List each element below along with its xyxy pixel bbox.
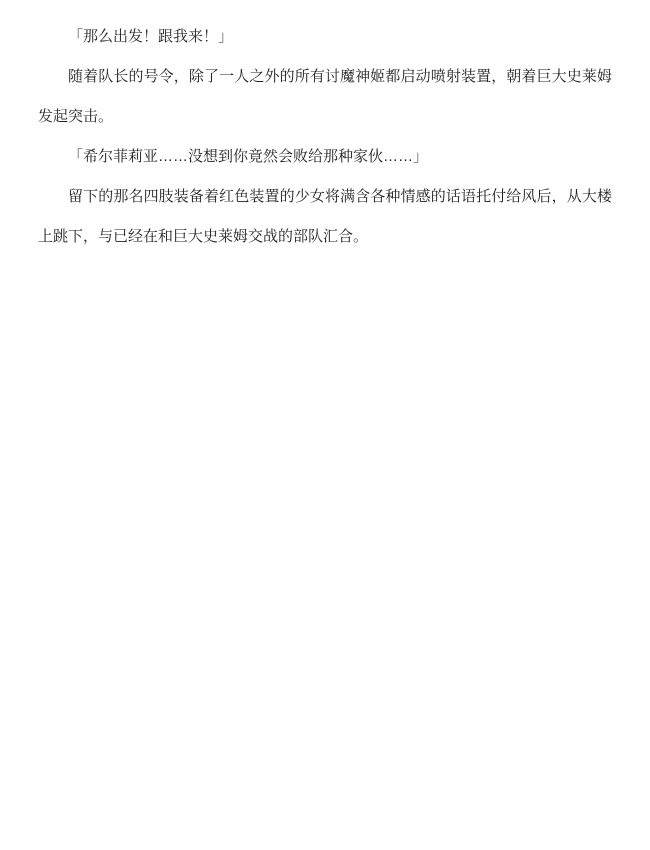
paragraph-narration-2: 留下的那名四肢装备着红色装置的少女将满含各种情感的话语托付给风后，从大楼上跳下，… [38, 177, 612, 257]
paragraph-narration-1: 随着队长的号令，除了一人之外的所有讨魔神姬都启动喷射装置，朝着巨大史莱姆发起突击… [38, 57, 612, 137]
document-page: 「那么出发！跟我来！」 随着队长的号令，除了一人之外的所有讨魔神姬都启动喷射装置… [0, 0, 650, 850]
paragraph-dialogue-1: 「那么出发！跟我来！」 [38, 17, 612, 57]
paragraph-dialogue-2: 「希尔菲莉亚……没想到你竟然会败给那种家伙……」 [38, 137, 612, 177]
